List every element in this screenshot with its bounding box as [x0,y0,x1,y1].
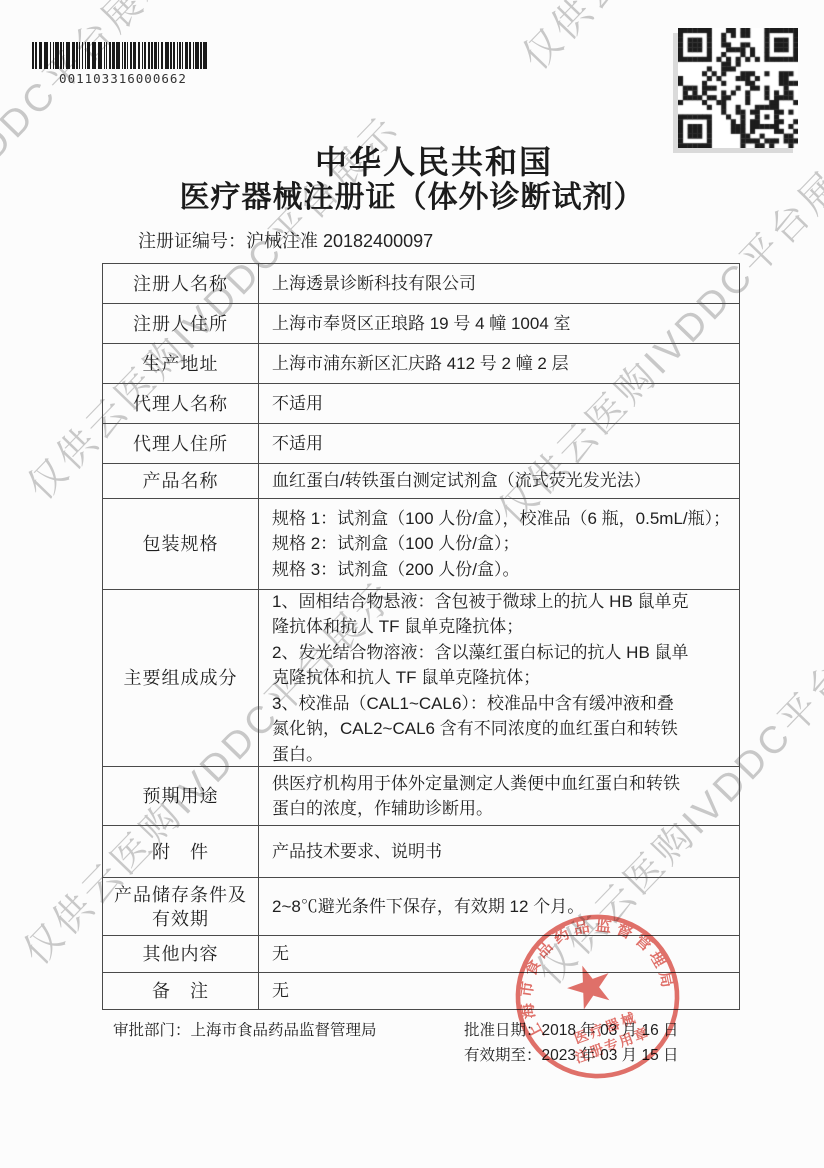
row-label: 预期用途 [103,767,259,825]
row-value-line: 蛋白的浓度，作辅助诊断用。 [272,796,735,822]
table-row: 代理人住所 不适用 [103,424,739,464]
document-title: 中华人民共和国 医疗器械注册证（体外诊断试剂） [0,144,824,216]
row-label-text: 代理人名称 [133,392,228,416]
title-line1: 中华人民共和国 [22,144,824,180]
table-row: 代理人名称 不适用 [103,384,739,424]
row-label-text: 包装规格 [143,532,219,556]
row-value-line: 血红蛋白/转铁蛋白测定试剂盒（流式荧光发光法） [272,468,735,494]
row-label-text: 主要组成成分 [124,666,238,690]
row-value-line: 规格 3：试剂盒（200 人份/盒）。 [272,557,735,583]
row-value: 上海市奉贤区正琅路 19 号 4 幢 1004 室 [259,304,739,343]
row-value-line: 上海市浦东新区汇庆路 412 号 2 幢 2 层 [272,351,735,377]
table-row: 主要组成成分 1、固相结合物悬液：含包被于微球上的抗人 HB 鼠单克 隆抗体和抗… [103,590,739,767]
row-value-line: 不适用 [272,391,735,417]
table-row: 预期用途 供医疗机构用于体外定量测定人粪便中血红蛋白和转铁 蛋白的浓度，作辅助诊… [103,767,739,826]
row-label-text: 产品名称 [143,469,219,493]
row-value-line: 1、固相结合物悬液：含包被于微球上的抗人 HB 鼠单克 [272,589,735,615]
row-value: 上海市浦东新区汇庆路 412 号 2 幢 2 层 [259,344,739,383]
row-value: 产品技术要求、说明书 [259,826,739,877]
row-label-text: 注册人住所 [133,312,228,336]
row-label-text: 预期用途 [143,784,219,808]
row-label-text: 注册人名称 [133,272,228,296]
row-label-text: 生产地址 [143,352,219,376]
row-label: 附 件 [103,826,259,877]
row-label-text: 其他内容 [143,942,219,966]
approval-department: 审批部门：上海市食品药品监督管理局 [113,1018,377,1040]
row-value: 血红蛋白/转铁蛋白测定试剂盒（流式荧光发光法） [259,464,739,498]
title-line2: 医疗器械注册证（体外诊断试剂） [0,180,824,216]
row-value-line: 2、发光结合物溶液：含以藻红蛋白标记的抗人 HB 鼠单 [272,640,735,666]
row-value-line: 氮化钠，CAL2~CAL6 含有不同浓度的血红蛋白和转铁 [272,716,735,742]
row-value-line: 规格 1：试剂盒（100 人份/盒），校准品（6 瓶，0.5mL/瓶）； [272,506,735,532]
row-value: 1、固相结合物悬液：含包被于微球上的抗人 HB 鼠单克 隆抗体和抗人 TF 鼠单… [259,590,739,766]
row-label-text: 备 注 [152,979,209,1003]
row-value-line: 上海市奉贤区正琅路 19 号 4 幢 1004 室 [272,311,735,337]
row-label: 注册人住所 [103,304,259,343]
table-row: 生产地址 上海市浦东新区汇庆路 412 号 2 幢 2 层 [103,344,739,384]
row-value-line: 产品技术要求、说明书 [272,839,735,865]
row-value: 不适用 [259,384,739,423]
row-label-text: 代理人住所 [133,432,228,456]
registration-number: 注册证编号：沪械注准 20182400097 [138,227,433,253]
row-value-line: 隆抗体和抗人 TF 鼠单克隆抗体； [272,614,735,640]
row-label-text: 产品储存条件及 [114,883,247,907]
row-value-line: 蛋白。 [272,742,735,768]
row-value-line: 克隆抗体和抗人 TF 鼠单克隆抗体； [272,665,735,691]
row-label: 代理人名称 [103,384,259,423]
row-value: 不适用 [259,424,739,463]
row-label: 产品名称 [103,464,259,498]
barcode [32,42,214,69]
row-label: 包装规格 [103,499,259,589]
certificate-page: 仅供云医购IVDDC平台展示 仅供云医购IVDDC平台展示 仅供云医购IVDDC… [0,0,824,1168]
row-value-line: 3、校准品（CAL1~CAL6）：校准品中含有缓冲液和叠 [272,691,735,717]
table-row: 产品名称 血红蛋白/转铁蛋白测定试剂盒（流式荧光发光法） [103,464,739,499]
row-label: 备 注 [103,973,259,1009]
table-row: 注册人名称 上海透景诊断科技有限公司 [103,264,739,304]
qr-code-wrap [678,28,798,148]
row-value: 上海透景诊断科技有限公司 [259,264,739,303]
seal-star-icon [562,958,618,1012]
qr-code [678,28,798,148]
row-value-line: 规格 2：试剂盒（100 人份/盒）； [272,531,735,557]
row-label: 生产地址 [103,344,259,383]
row-value: 规格 1：试剂盒（100 人份/盒），校准品（6 瓶，0.5mL/瓶）； 规格 … [259,499,739,589]
official-seal: 上海市食品药品监督管理局 医疗器械 注册专用章 [505,904,690,1089]
row-value-line: 不适用 [272,431,735,457]
row-label: 主要组成成分 [103,590,259,766]
row-value: 供医疗机构用于体外定量测定人粪便中血红蛋白和转铁 蛋白的浓度，作辅助诊断用。 [259,767,739,825]
table-row: 附 件 产品技术要求、说明书 [103,826,739,878]
row-label: 产品储存条件及 有效期 [103,878,259,935]
row-value-line: 上海透景诊断科技有限公司 [272,271,735,297]
row-label: 注册人名称 [103,264,259,303]
row-label: 其他内容 [103,936,259,972]
row-value-line: 供医疗机构用于体外定量测定人粪便中血红蛋白和转铁 [272,771,735,797]
row-label: 代理人住所 [103,424,259,463]
barcode-number: 001103316000662 [32,71,214,86]
row-label-text: 有效期 [152,907,209,931]
row-label-text: 附 件 [152,840,209,864]
certificate-table: 注册人名称 上海透景诊断科技有限公司 注册人住所 上海市奉贤区正琅路 19 号 … [102,263,740,1010]
table-row: 包装规格 规格 1：试剂盒（100 人份/盒），校准品（6 瓶，0.5mL/瓶）… [103,499,739,590]
table-row: 注册人住所 上海市奉贤区正琅路 19 号 4 幢 1004 室 [103,304,739,344]
